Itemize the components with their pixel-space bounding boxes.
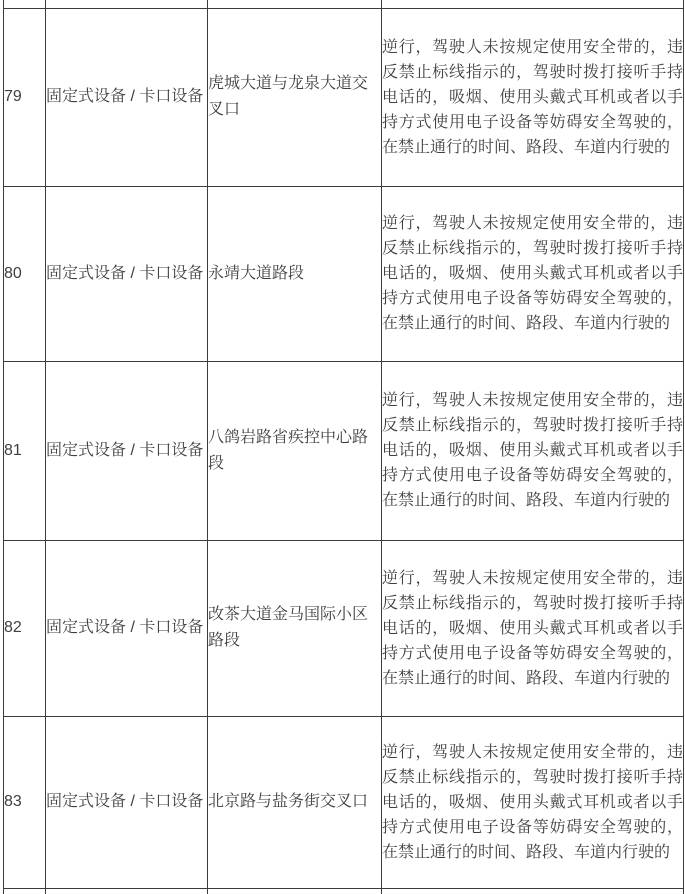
row-number-cell	[4, 0, 46, 8]
table-row: 81 固定式设备 / 卡口设备 八鸽岩路省疾控中心路段 逆行，驾驶人未按规定使用…	[4, 361, 684, 540]
location-cell: 北京路与盐务街交叉口	[208, 716, 382, 888]
table-row: 83 固定式设备 / 卡口设备 北京路与盐务街交叉口 逆行，驾驶人未按规定使用安…	[4, 716, 684, 888]
device-location-table: 79 固定式设备 / 卡口设备 虎城大道与龙泉大道交叉口 逆行，驾驶人未按规定使…	[3, 0, 684, 894]
location-cell: 永靖大道路段	[208, 186, 382, 361]
location-cell: 虎城大道与龙泉大道交叉口	[208, 8, 382, 186]
location-cell: 八鸽岩路省疾控中心路段	[208, 361, 382, 540]
device-type-cell: 固定式设备 / 卡口设备	[46, 361, 208, 540]
location-cell: 改茶大道金马国际小区路段	[208, 540, 382, 716]
device-type-cell: 固定式设备 / 卡口设备	[46, 8, 208, 186]
device-type-cell	[46, 0, 208, 8]
device-type-cell: 固定式设备 / 卡口设备	[46, 716, 208, 888]
table-row: 80 固定式设备 / 卡口设备 永靖大道路段 逆行，驾驶人未按规定使用安全带的，…	[4, 186, 684, 361]
device-type-cell	[46, 888, 208, 894]
device-type-cell: 固定式设备 / 卡口设备	[46, 186, 208, 361]
table-row: 79 固定式设备 / 卡口设备 虎城大道与龙泉大道交叉口 逆行，驾驶人未按规定使…	[4, 8, 684, 186]
violation-cell	[382, 888, 684, 894]
violation-cell: 逆行，驾驶人未按规定使用安全带的，违反禁止标线指示的，驾驶时拨打接听手持电话的，…	[382, 716, 684, 888]
row-number-cell: 79	[4, 8, 46, 186]
device-type-cell: 固定式设备 / 卡口设备	[46, 540, 208, 716]
row-number-cell	[4, 888, 46, 894]
violation-cell: 逆行，驾驶人未按规定使用安全带的，违反禁止标线指示的，驾驶时拨打接听手持电话的，…	[382, 8, 684, 186]
violation-cell: 逆行，驾驶人未按规定使用安全带的，违反禁止标线指示的，驾驶时拨打接听手持电话的，…	[382, 540, 684, 716]
row-number-cell: 80	[4, 186, 46, 361]
violation-cell: 逆行，驾驶人未按规定使用安全带的，违反禁止标线指示的，驾驶时拨打接听手持电话的，…	[382, 361, 684, 540]
location-cell	[208, 0, 382, 8]
table-row: 82 固定式设备 / 卡口设备 改茶大道金马国际小区路段 逆行，驾驶人未按规定使…	[4, 540, 684, 716]
violation-cell	[382, 0, 684, 8]
location-cell	[208, 888, 382, 894]
row-number-cell: 81	[4, 361, 46, 540]
table-row-partial-top	[4, 0, 684, 8]
violation-cell: 逆行，驾驶人未按规定使用安全带的，违反禁止标线指示的，驾驶时拨打接听手持电话的，…	[382, 186, 684, 361]
document-viewport: 79 固定式设备 / 卡口设备 虎城大道与龙泉大道交叉口 逆行，驾驶人未按规定使…	[0, 0, 685, 894]
row-number-cell: 83	[4, 716, 46, 888]
row-number-cell: 82	[4, 540, 46, 716]
table-row-partial-bottom	[4, 888, 684, 894]
document-page: { "theme": { "background": "#ffffff", "t…	[0, 0, 685, 894]
